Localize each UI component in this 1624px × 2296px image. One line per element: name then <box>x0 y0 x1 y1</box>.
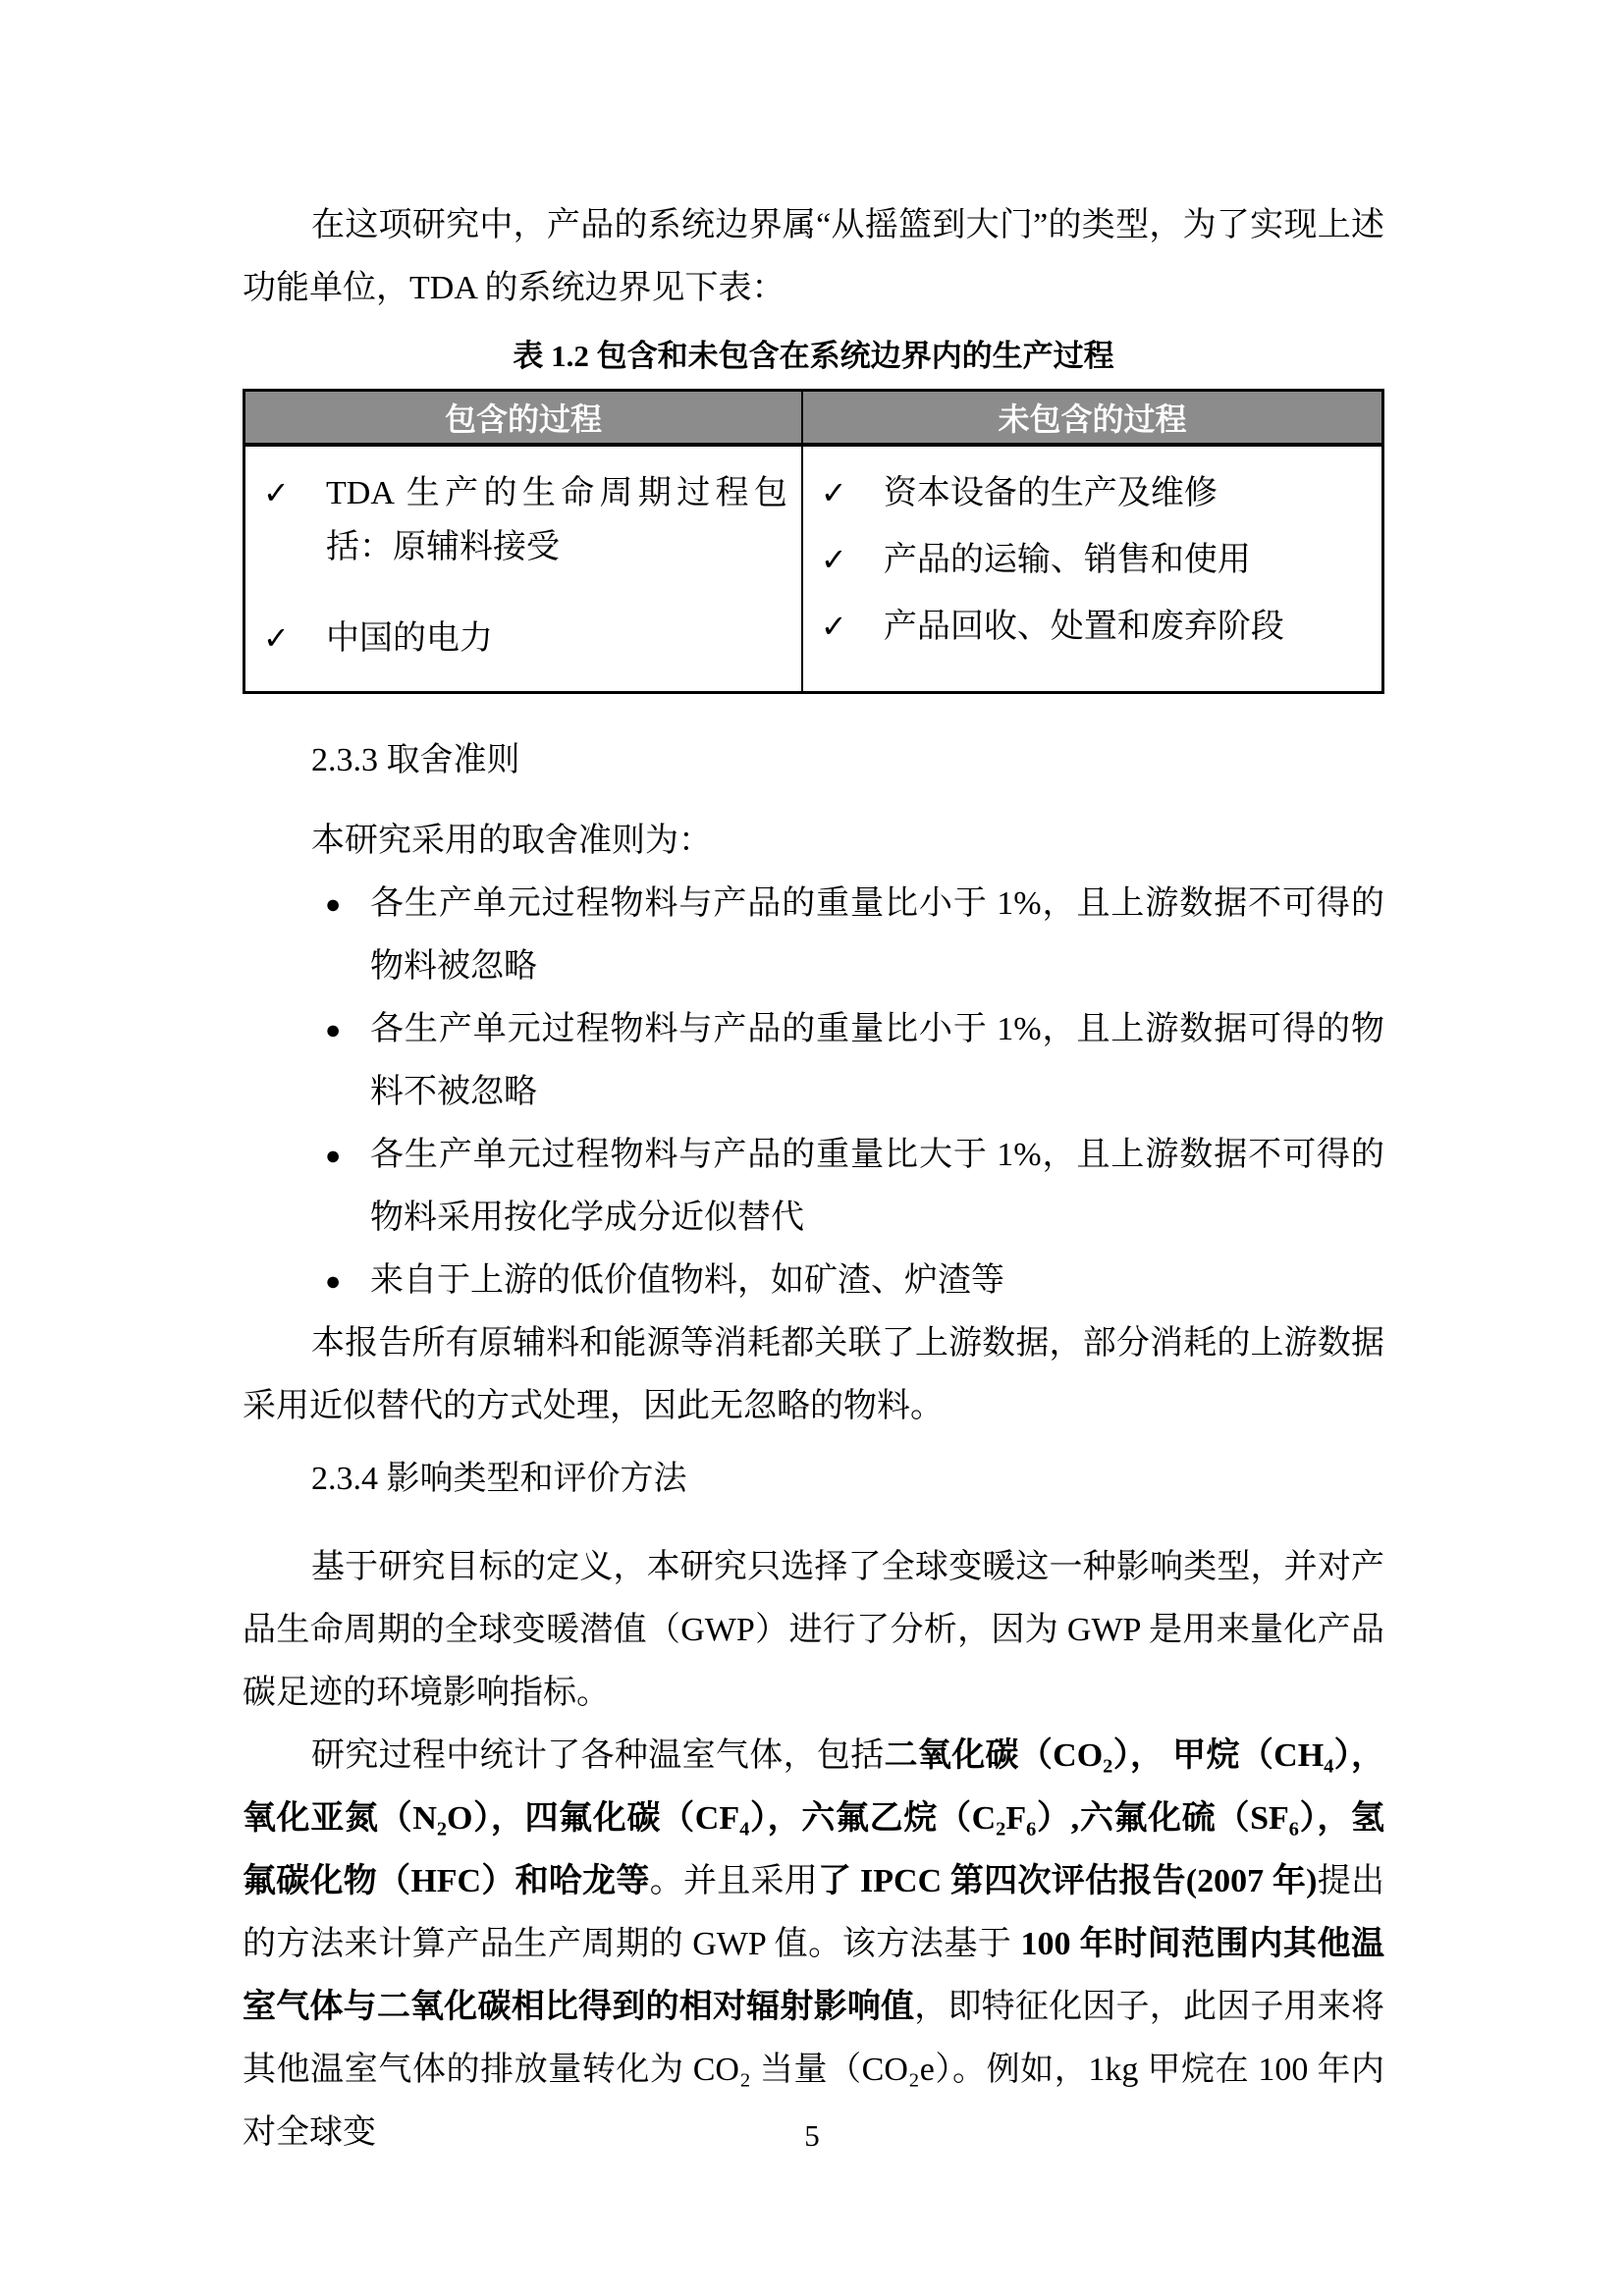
list-item: ● 来自于上游的低价值物料，如矿渣、炉渣等 <box>243 1250 1384 1312</box>
check-icon: ✓ <box>263 612 326 666</box>
bullet-icon: ● <box>325 1250 341 1312</box>
included-processes-cell: ✓ TDA 生产的生命周期过程包括：原辅料接受 ✓ 中国的电力 <box>244 445 802 693</box>
check-icon: ✓ <box>821 466 884 520</box>
included-item: ✓ 中国的电力 <box>263 612 787 666</box>
ghg-paragraph: 研究过程中统计了各种温室气体，包括二氧化碳（CO₂）， 甲烷（CH₄），氧化亚氮… <box>243 1725 1384 2164</box>
list-item: ● 各生产单元过程物料与产品的重量比小于 1%，且上游数据可得的物料不被忽略 <box>243 998 1384 1124</box>
bullet-icon: ● <box>325 873 341 935</box>
section-233-intro: 本研究采用的取舍准则为： <box>243 810 1384 873</box>
bullet-icon: ● <box>325 998 341 1061</box>
included-item: ✓ TDA 生产的生命周期过程包括：原辅料接受 <box>263 466 787 574</box>
section-234-heading: 2.3.4 影响类型和评价方法 <box>243 1448 1384 1511</box>
excluded-item-text: 产品的运输、销售和使用 <box>884 533 1368 587</box>
excluded-item: ✓ 产品的运输、销售和使用 <box>821 533 1368 587</box>
excluded-item-text: 产品回收、处置和废弃阶段 <box>884 600 1368 654</box>
section-233-closing: 本报告所有原辅料和能源等消耗都关联了上游数据，部分消耗的上游数据采用近似替代的方… <box>243 1312 1384 1438</box>
table-caption: 表 1.2 包含和未包含在系统边界内的生产过程 <box>243 332 1384 381</box>
list-item: ● 各生产单元过程物料与产品的重量比大于 1%，且上游数据不可得的物料采用按化学… <box>243 1124 1384 1250</box>
table-header-excluded: 未包含的过程 <box>802 391 1383 446</box>
section-233-heading: 2.3.3 取舍准则 <box>243 729 1384 792</box>
included-item-text: TDA 生产的生命周期过程包括：原辅料接受 <box>326 466 787 574</box>
excluded-item: ✓ 产品回收、处置和废弃阶段 <box>821 600 1368 654</box>
intro-paragraph: 在这项研究中，产品的系统边界属“从摇篮到大门”的类型，为了实现上述功能单位，TD… <box>243 194 1384 320</box>
included-item-text: 中国的电力 <box>326 612 787 666</box>
list-item-text: 各生产单元过程物料与产品的重量比小于 1%，且上游数据可得的物料不被忽略 <box>370 1011 1384 1110</box>
page-number: 5 <box>0 2116 1624 2156</box>
document-page: 在这项研究中，产品的系统边界属“从摇篮到大门”的类型，为了实现上述功能单位，TD… <box>0 0 1624 2296</box>
table-header-included: 包含的过程 <box>244 391 802 446</box>
bullet-icon: ● <box>325 1124 341 1187</box>
cutoff-criteria-list: ● 各生产单元过程物料与产品的重量比小于 1%，且上游数据不可得的物料被忽略 ●… <box>243 873 1384 1312</box>
table-header-row: 包含的过程 未包含的过程 <box>244 391 1383 446</box>
excluded-item-text: 资本设备的生产及维修 <box>884 466 1368 520</box>
excluded-processes-cell: ✓ 资本设备的生产及维修 ✓ 产品的运输、销售和使用 ✓ 产品回收、处置和废弃阶… <box>802 445 1383 693</box>
list-item-text: 各生产单元过程物料与产品的重量比大于 1%，且上游数据不可得的物料采用按化学成分… <box>370 1137 1384 1236</box>
list-item-text: 来自于上游的低价值物料，如矿渣、炉渣等 <box>370 1262 1004 1299</box>
check-icon: ✓ <box>821 600 884 654</box>
gwp-paragraph: 基于研究目标的定义，本研究只选择了全球变暖这一种影响类型，并对产品生命周期的全球… <box>243 1536 1384 1725</box>
list-item: ● 各生产单元过程物料与产品的重量比小于 1%，且上游数据不可得的物料被忽略 <box>243 873 1384 998</box>
table-body-row: ✓ TDA 生产的生命周期过程包括：原辅料接受 ✓ 中国的电力 ✓ 资本设备的生… <box>244 445 1383 693</box>
list-item-text: 各生产单元过程物料与产品的重量比小于 1%，且上游数据不可得的物料被忽略 <box>370 885 1384 985</box>
check-icon: ✓ <box>263 466 326 574</box>
excluded-item: ✓ 资本设备的生产及维修 <box>821 466 1368 520</box>
check-icon: ✓ <box>821 533 884 587</box>
system-boundary-table: 包含的过程 未包含的过程 ✓ TDA 生产的生命周期过程包括：原辅料接受 ✓ 中… <box>243 389 1384 694</box>
